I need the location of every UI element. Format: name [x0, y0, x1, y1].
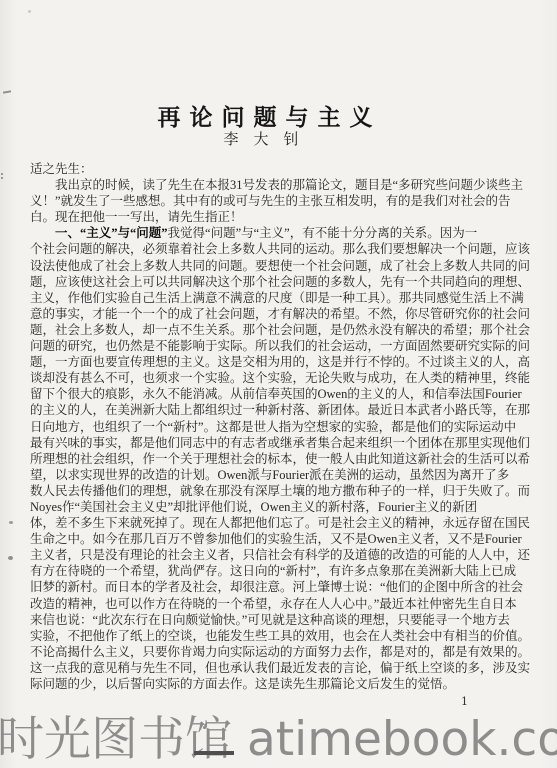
- line-text: 日向地方，也组织了一个“新村”。这都是世人指为空想家的实验，都是他们的实际运动中: [30, 420, 516, 434]
- text-line: 义！”就发生了一些感想。其中有的或可与先生的主张互相发明，有的是我们对社会的告: [30, 193, 535, 209]
- line-text: 题，社会上多数人，却一点不生关系。那个社会问题，是仍然永没有解决的希望；那个社会: [30, 323, 530, 337]
- line-text: 个社会问题的解决，必须靠着社会上多数人共同的运动。那么我们要想解决一个问题，应该: [30, 242, 530, 256]
- text-line: 这一点我的意见稍与先生不同，但也承认我们最近发表的言论，偏于纸上空谈的多，涉及实: [30, 660, 535, 676]
- watermark: 时光图书馆 atimebook.com: [0, 716, 557, 763]
- text-line: 实验，不把他作了纸上的空谈，也能发生些工具的效用，也会在人类社会中有相当的价值。: [30, 628, 535, 644]
- scan-artifact: [3, 90, 11, 93]
- text-line: 所理想的社会组织，作一个关于理想社会的标本，使一般人由此知道这新社会的生活可以希: [30, 451, 535, 467]
- line-text: 白。现在把他一一写出，请先生指正！: [30, 210, 243, 224]
- line-text: 所理想的社会组织，作一个关于理想社会的标本，使一般人由此知道这新社会的生活可以希: [30, 452, 530, 466]
- inline-heading: 一、“主义”与“问题”: [30, 226, 168, 240]
- line-text: 谈却没有甚么不可，也须求一个实验。这个实验，无论失败与成功，在人类的精神里，终能: [30, 371, 530, 385]
- text-line: 数人民去传播他们的理想，就象在那没有深厚土壤的地方撒布种子的一样，归于失败了。而: [30, 483, 535, 499]
- text-line: 日向地方，也组织了一个“新村”。这都是世人指为空想家的实验，都是他们的实际运动中: [30, 419, 535, 435]
- text-line: 题，社会上多数人，却一点不生关系。那个社会问题，是仍然永没有解决的希望；那个社会: [30, 322, 535, 338]
- scan-artifact: [1, 173, 3, 175]
- line-text: 望，以求实现世界的改造的计划。Owen派与Fourier派在美洲的运动，虽然因为…: [30, 468, 509, 482]
- text-line: 改造的精神，也可以作方在待晓的一个希望，永存在人人心中。”最近本社仲密先生自日本: [30, 596, 535, 612]
- line-text: 这一点我的意见稍与先生不同，但也承认我们最近发表的言论，偏于纸上空谈的多，涉及实: [30, 661, 530, 675]
- line-text: 改造的精神，也可以作方在待晓的一个希望，永存在人人心中。”最近本社仲密先生自日本: [30, 597, 517, 611]
- text-line: 白。现在把他一一写出，请先生指正！: [30, 209, 535, 225]
- text-line: 望，以求实现世界的改造的计划。Owen派与Fourier派在美洲的运动，虽然因为…: [30, 467, 535, 483]
- text-line: 留下个很大的痕影，永久不能消减。从前信奉英国的Owen的主义的人，和信奉法国Fo…: [30, 386, 535, 402]
- line-text: 主义，作他们实验自己生活上满意不满意的尺度（即是一种工具）。那共同感觉生活上不满: [30, 291, 524, 305]
- author-name: 李大钊: [0, 128, 547, 149]
- text-line: 意的事实，才能一个一个的成了社会问题，才有解决的希望。不然，你尽管研究你的社会问: [30, 306, 535, 322]
- text-line: 问题的研究，也仍然是不能影响于实际。所以我们的社会运动，一方面固然要研究实际的问: [30, 338, 535, 354]
- scan-artifact: [194, 751, 234, 755]
- text-line: Noyes作“美国社会主义史”却批评他们说，Owen主义的新村落，Fourier…: [30, 499, 535, 515]
- scan-artifact: [8, 556, 13, 560]
- line-text: 旧梦的新村。而日本的学者及社会，却很注意。河上肇博士说：“他们的企图中所含的社会: [30, 580, 523, 594]
- line-text: 有方在待晓的一个希望，犹尚俨存。这日向的“新村”，有许多点象那在美洲新大陆上已成: [30, 564, 516, 578]
- line-text: 体，差不多生下来就死掉了。现在人都把他们忘了。可是社会主义的精神，永远存留在国民: [30, 516, 530, 530]
- line-text: 问题的研究，也仍然是不能影响于实际。所以我们的社会运动，一方面固然要研究实际的问: [30, 339, 530, 353]
- text-line: 有方在待晓的一个希望，犹尚俨存。这日向的“新村”，有许多点象那在美洲新大陆上已成: [30, 563, 535, 579]
- text-line: 不论高揭什么主义，只要你肯竭力向实际运动的方面努力去作，都是对的，都是有效果的。: [30, 644, 535, 660]
- text-line: 生命之中。如今在那几百万不曾参加他们的实验生活，又不是Owen主义者，又不是Fo…: [30, 531, 535, 547]
- text-line: 题，一方面也要宣传理想的主义。这是交相为用的，这是并行不悖的。不过谈主义的人，高: [30, 354, 535, 370]
- text-line: 的主义的人，在美洲新大陆上都组织过一种新村落、新团体。最近日本武者小路氏等，在那: [30, 402, 535, 418]
- line-text: 实验，不把他作了纸上的空谈，也能发生些工具的效用，也会在人类社会中有相当的价值。: [30, 629, 530, 643]
- line-text: 数人民去传播他们的理想，就象在那没有深厚土壤的地方撒布种子的一样，归于失败了。而: [30, 484, 530, 498]
- line-text: 生命之中。如今在那几百万不曾参加他们的实验生活，又不是Owen主义者，又不是Fo…: [30, 532, 522, 546]
- page-number: 1: [461, 695, 468, 708]
- text-line: 一、“主义”与“问题”我觉得“问题”与“主义”，有不能十分分离的关系。因为一: [30, 225, 535, 241]
- line-text: 的主义的人，在美洲新大陆上都组织过一种新村落、新团体。最近日本武者小路氏等，在那: [30, 403, 530, 417]
- line-text: 意的事实，才能一个一个的成了社会问题，才有解决的希望。不然，你尽管研究你的社会问: [30, 307, 530, 321]
- scan-artifact: [28, 10, 31, 13]
- line-text: 留下个很大的痕影，永久不能消减。从前信奉英国的Owen的主义的人，和信奉法国Fo…: [30, 387, 522, 401]
- line-text: Noyes作“美国社会主义史”却批评他们说，Owen主义的新村落，Fourier…: [30, 500, 477, 514]
- text-line: 谈却没有甚么不可，也须求一个实验。这个实验，无论失败与成功，在人类的精神里，终能: [30, 370, 535, 386]
- line-text: 主义者，只是没有理论的社会主义者，只信社会有科学的及道德的改造的可能的人人中，还: [30, 548, 530, 562]
- text-line: 适之先生：: [30, 161, 535, 177]
- text-line: 体，差不多生下来就死掉了。现在人都把他们忘了。可是社会主义的精神，永远存留在国民: [30, 515, 535, 531]
- line-text: 际问题的少，以后誓向实际的方面去作。这是读先生那篇论文后发生的觉悟。: [30, 677, 455, 691]
- text-line: 际问题的少，以后誓向实际的方面去作。这是读先生那篇论文后发生的觉悟。: [30, 676, 535, 692]
- text-line: 设法使他成了社会上多数人共同的问题。要想使一个社会问题，成了社会上多数人共同的问: [30, 258, 535, 274]
- text-line: 旧梦的新村。而日本的学者及社会，却很注意。河上肇博士说：“他们的企图中所含的社会: [30, 579, 535, 595]
- scanned-document-page: { "article": { "title": "再论问题与主义", "auth…: [0, 0, 557, 768]
- text-line: 最有兴味的事实，都是他们同志中的有志者或继承者集合起来组织一个团体在那里实现他们: [30, 435, 535, 451]
- line-text: 我出京的时候，读了先生在本报31号发表的那篇论文，题目是“多研究些问题少谈些主: [30, 178, 523, 192]
- line-text: 不论高揭什么主义，只要你肯竭力向实际运动的方面努力去作，都是对的，都是有效果的。: [30, 645, 530, 659]
- scan-artifact: [9, 521, 13, 524]
- line-text: 义！”就发生了一些感想。其中有的或可与先生的主张互相发明，有的是我们对社会的告: [30, 194, 511, 208]
- text-line: 个社会问题的解决，必须靠着社会上多数人共同的运动。那么我们要想解决一个问题，应该: [30, 241, 535, 257]
- line-text: 题，应该使这社会上可以共同解决这个那个社会问题的多数人，先有一个共同趋向的理想、: [30, 275, 530, 289]
- line-text: 我觉得“问题”与“主义”，有不能十分分离的关系。因为一: [168, 226, 478, 240]
- text-line: 主义者，只是没有理论的社会主义者，只信社会有科学的及道德的改造的可能的人人中，还: [30, 547, 535, 563]
- line-text: 设法使他成了社会上多数人共同的问题。要想使一个社会问题，成了社会上多数人共同的问: [30, 259, 530, 273]
- text-line: 我出京的时候，读了先生在本报31号发表的那篇论文，题目是“多研究些问题少谈些主: [30, 177, 535, 193]
- line-text: 题，一方面也要宣传理想的主义。这是交相为用的，这是并行不悖的。不过谈主义的人，高: [30, 355, 530, 369]
- text-line: 主义，作他们实验自己生活上满意不满意的尺度（即是一种工具）。那共同感觉生活上不满: [30, 290, 535, 306]
- text-line: 来信也说：“此次东行在日向颇觉愉快。”可见就是这种高谈的理想，只要能寻一个地方去: [30, 612, 535, 628]
- line-text: 来信也说：“此次东行在日向颇觉愉快。”可见就是这种高谈的理想，只要能寻一个地方去: [30, 613, 510, 627]
- line-text: 最有兴味的事实，都是他们同志中的有志者或继承者集合起来组织一个团体在那里实现他们: [30, 436, 530, 450]
- text-line: 题，应该使这社会上可以共同解决这个那个社会问题的多数人，先有一个共同趋向的理想、: [30, 274, 535, 290]
- line-text: 适之先生：: [30, 162, 93, 176]
- body-text: 适之先生： 我出京的时候，读了先生在本报31号发表的那篇论文，题目是“多研究些问…: [30, 161, 535, 692]
